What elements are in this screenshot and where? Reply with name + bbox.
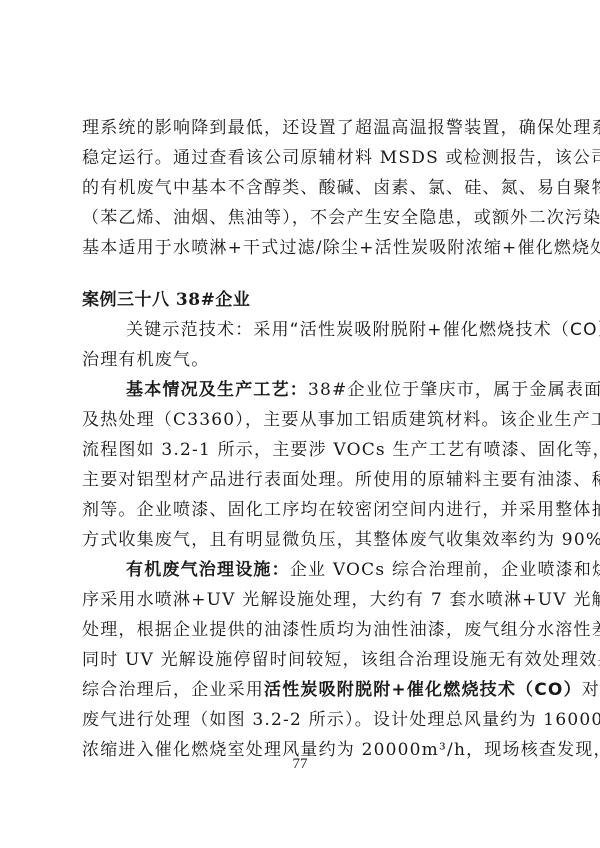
text-span: 综合治理后，企业采用 — [82, 680, 264, 700]
text-span: 对 VOCs — [582, 680, 600, 700]
spacer — [82, 263, 522, 285]
text-line: 剂等。企业喷漆、固化工序均在较密闭空间内进行，并采用整体抽风 — [82, 495, 522, 525]
text-line: 关键示范技术：采用“活性炭吸附脱附+催化燃烧技术（CO）” — [82, 315, 522, 345]
document-body: 理系统的影响降到最低，还设置了超温高温报警装置，确保处理系统 稳定运行。通过查看… — [82, 113, 522, 765]
text-line: 废气进行处理（如图 3.2-2 所示）。设计处理总风量约为 160000m³/h… — [82, 705, 522, 735]
text-line: 的有机废气中基本不含醇类、酸碱、卤素、氯、硅、氮、易自聚物质 — [82, 173, 522, 203]
text-line: 理系统的影响降到最低，还设置了超温高温报警装置，确保处理系统 — [82, 113, 522, 143]
highlighted-tech: 活性炭吸附脱附+催化燃烧技术（CO） — [264, 680, 582, 700]
text-span: 企业 VOCs 综合治理前，企业喷漆和烘烤工 — [290, 560, 600, 580]
key-tech-paragraph: 关键示范技术：采用“活性炭吸附脱附+催化燃烧技术（CO）” 治理有机废气。 — [82, 315, 522, 375]
intro-paragraph: 理系统的影响降到最低，还设置了超温高温报警装置，确保处理系统 稳定运行。通过查看… — [82, 113, 522, 263]
text-line: （苯乙烯、油烟、焦油等），不会产生安全隐患，或额外二次污染， — [82, 203, 522, 233]
text-line: 有机废气治理设施：企业 VOCs 综合治理前，企业喷漆和烘烤工 — [82, 555, 522, 585]
text-line: 及热处理（C3360），主要从事加工铝质建筑材料。该企业生产工艺 — [82, 405, 522, 435]
text-line: 治理有机废气。 — [82, 345, 522, 375]
section-label: 有机废气治理设施： — [126, 560, 290, 580]
treatment-paragraph: 有机废气治理设施：企业 VOCs 综合治理前，企业喷漆和烘烤工 序采用水喷淋+U… — [82, 555, 522, 765]
text-line: 主要对铝型材产品进行表面处理。所使用的原辅料主要有油漆、稀释 — [82, 465, 522, 495]
text-line: 综合治理后，企业采用活性炭吸附脱附+催化燃烧技术（CO）对 VOCs — [82, 675, 522, 705]
text-line: 基本情况及生产工艺：38#企业位于肇庆市，属于金属表面处理 — [82, 375, 522, 405]
text-line: 流程图如 3.2-1 所示，主要涉 VOCs 生产工艺有喷漆、固化等，喷涂 — [82, 435, 522, 465]
text-line: 稳定运行。通过查看该公司原辅材料 MSDS 或检测报告，该公司排放 — [82, 143, 522, 173]
case-heading: 案例三十八 38#企业 — [82, 285, 522, 315]
text-line: 同时 UV 光解设施停留时间较短，该组合治理设施无有效处理效果。 — [82, 645, 522, 675]
page-number: 77 — [0, 756, 600, 773]
text-line: 基本适用于水喷淋+干式过滤/除尘+活性炭吸附浓缩+催化燃烧处理。 — [82, 233, 522, 263]
section-label: 基本情况及生产工艺： — [126, 380, 308, 400]
text-line: 方式收集废气，且有明显微负压，其整体废气收集效率约为 90%。 — [82, 525, 522, 555]
text-line: 处理，根据企业提供的油漆性质均为油性油漆，废气组分水溶性差， — [82, 615, 522, 645]
text-span: 38#企业位于肇庆市，属于金属表面处理 — [308, 380, 600, 400]
text-line: 序采用水喷淋+UV 光解设施处理，大约有 7 套水喷淋+UV 光解设施 — [82, 585, 522, 615]
basic-info-paragraph: 基本情况及生产工艺：38#企业位于肇庆市，属于金属表面处理 及热处理（C3360… — [82, 375, 522, 555]
